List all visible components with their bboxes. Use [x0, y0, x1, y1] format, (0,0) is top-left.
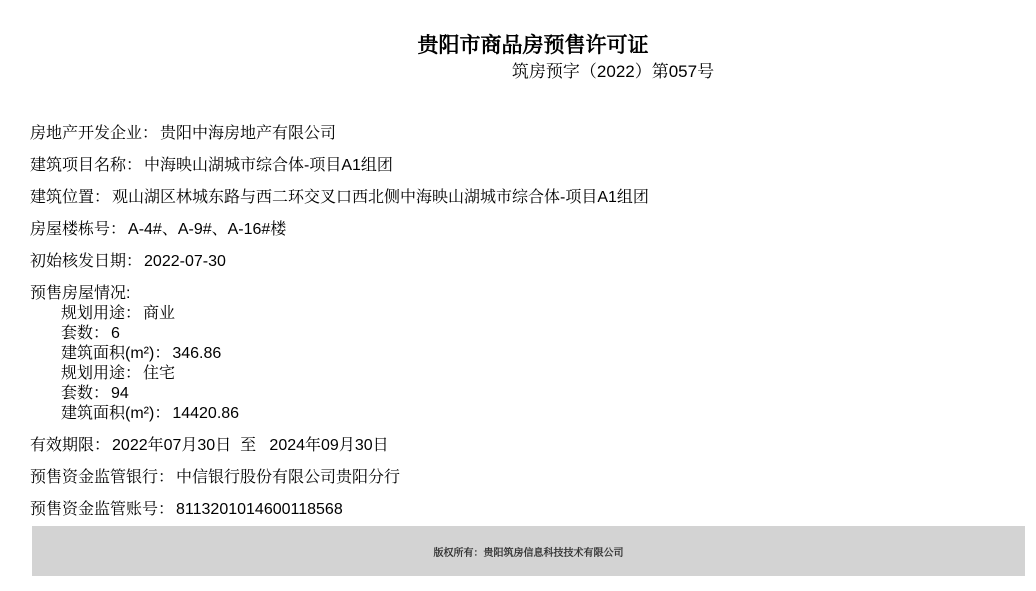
field-row-escrow-account: 预售资金监管账号：8113201014600118568: [30, 500, 1036, 520]
field-label: 预售资金监管账号：: [30, 501, 174, 518]
presale-item-unit-count: 套数：94: [30, 384, 1036, 404]
field-value: 346.86: [172, 345, 221, 362]
field-row-project-name: 建筑项目名称：中海映山湖城市综合体-项目A1组团: [30, 156, 1036, 176]
field-value: 中信银行股份有限公司贵阳分行: [176, 469, 400, 486]
field-label: 建筑面积(m²)：: [61, 345, 170, 362]
page-title: 贵阳市商品房预售许可证: [30, 34, 1036, 58]
field-label: 初始核发日期：: [30, 253, 142, 270]
field-value: A-4#、A-9#、A-16#楼: [128, 221, 286, 238]
presale-item-planned-use: 规划用途：住宅: [30, 364, 1036, 384]
field-row-location: 建筑位置：观山湖区林城东路与西二环交叉口西北侧中海映山湖城市综合体-项目A1组团: [30, 188, 1036, 208]
presale-item-floor-area: 建筑面积(m²)：14420.86: [30, 404, 1036, 424]
field-value: 商业: [143, 305, 175, 322]
field-row-validity-period: 有效期限：2022年07月30日 至 2024年09月30日: [30, 436, 1036, 456]
field-label: 房屋楼栋号：: [30, 221, 126, 238]
field-value: 8113201014600118568: [176, 501, 343, 518]
field-label: 建筑面积(m²)：: [61, 405, 170, 422]
field-value: 住宅: [143, 365, 175, 382]
field-value: 2022年07月30日 至 2024年09月30日: [112, 437, 389, 454]
validity-section: 有效期限：2022年07月30日 至 2024年09月30日 预售资金监管银行：…: [30, 436, 1036, 520]
license-number: 筑房预字（2022）第057号: [190, 62, 1036, 82]
field-label: 建筑位置：: [30, 189, 110, 206]
field-value: 中海映山湖城市综合体-项目A1组团: [144, 157, 393, 174]
field-label: 套数：: [61, 325, 109, 342]
field-value: 观山湖区林城东路与西二环交叉口西北侧中海映山湖城市综合体-项目A1组团: [112, 189, 649, 206]
presale-license-page: 贵阳市商品房预售许可证 筑房预字（2022）第057号 房地产开发企业：贵阳中海…: [0, 0, 1036, 591]
field-label: 预售资金监管银行：: [30, 469, 174, 486]
footer-bar: 版权所有：贵阳筑房信息科技技术有限公司: [32, 526, 1025, 576]
field-row-issue-date: 初始核发日期：2022-07-30: [30, 252, 1036, 272]
presale-item-unit-count: 套数：6: [30, 324, 1036, 344]
field-value: 2022-07-30: [144, 253, 226, 270]
field-label: 有效期限：: [30, 437, 110, 454]
field-value: 6: [111, 325, 120, 342]
field-value: 94: [111, 385, 129, 402]
field-value: 贵阳中海房地产有限公司: [160, 125, 336, 142]
field-label: 规划用途：: [61, 365, 141, 382]
field-row-escrow-bank: 预售资金监管银行：中信银行股份有限公司贵阳分行: [30, 468, 1036, 488]
field-label: 建筑项目名称：: [30, 157, 142, 174]
field-label: 规划用途：: [61, 305, 141, 322]
presale-housing-section: 预售房屋情况: 规划用途：商业 套数：6 建筑面积(m²)：346.86 规划用…: [30, 284, 1036, 424]
copyright-text: 版权所有：贵阳筑房信息科技技术有限公司: [434, 544, 624, 559]
field-label: 房地产开发企业：: [30, 125, 158, 142]
license-content: 房地产开发企业：贵阳中海房地产有限公司 建筑项目名称：中海映山湖城市综合体-项目…: [30, 124, 1036, 520]
field-value: 14420.86: [172, 405, 239, 422]
field-label: 套数：: [61, 385, 109, 402]
field-row-building-numbers: 房屋楼栋号：A-4#、A-9#、A-16#楼: [30, 220, 1036, 240]
field-row-developer: 房地产开发企业：贵阳中海房地产有限公司: [30, 124, 1036, 144]
presale-item-planned-use: 规划用途：商业: [30, 304, 1036, 324]
presale-section-heading: 预售房屋情况:: [30, 284, 1036, 304]
presale-item-floor-area: 建筑面积(m²)：346.86: [30, 344, 1036, 364]
